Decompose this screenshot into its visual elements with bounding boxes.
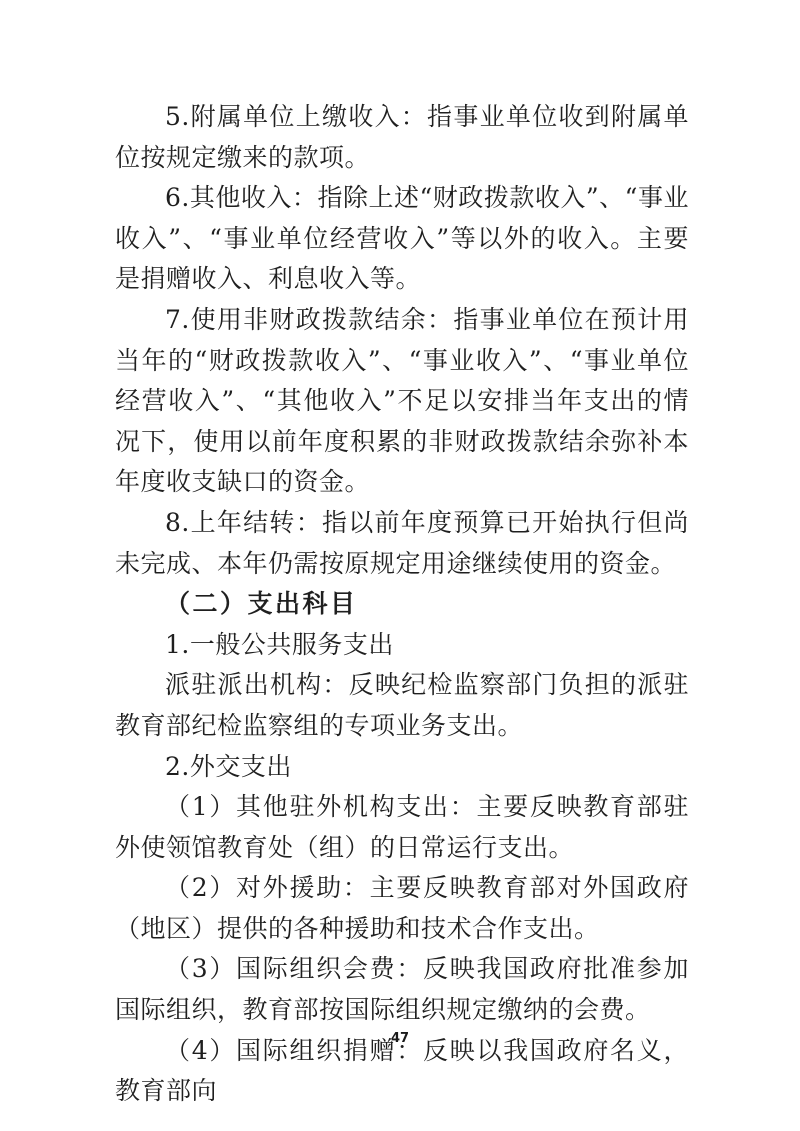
para-affiliated-unit-income: 5.附属单位上缴收入：指事业单位收到附属单位按规定缴来的款项。 — [115, 97, 689, 178]
para-dispatched-agencies: 派驻派出机构：反映纪检监察部门负担的派驻教育部纪检监察组的专项业务支出。 — [115, 665, 689, 746]
para-intl-org-fees: （3）国际组织会费：反映我国政府批准参加国际组织，教育部按国际组织规定缴纳的会费… — [115, 949, 689, 1030]
para-overseas-offices: （1）其他驻外机构支出：主要反映教育部驻外使领馆教育处（组）的日常运行支出。 — [115, 787, 689, 868]
document-body: 5.附属单位上缴收入：指事业单位收到附属单位按规定缴来的款项。 6.其他收入：指… — [115, 97, 689, 1112]
para-non-fiscal-carryover: 7.使用非财政拨款结余：指事业单位在预计用当年的“财政拨款收入”、“事业收入”、… — [115, 300, 689, 503]
document-page: 5.附属单位上缴收入：指事业单位收到附属单位按规定缴来的款项。 6.其他收入：指… — [0, 0, 800, 1131]
para-foreign-aid: （2）对外援助：主要反映教育部对外国政府（地区）提供的各种援助和技术合作支出。 — [115, 868, 689, 949]
para-other-income: 6.其他收入：指除上述“财政拨款收入”、“事业收入”、“事业单位经营收入”等以外… — [115, 178, 689, 300]
para-prior-year-carryforward: 8.上年结转：指以前年度预算已开始执行但尚未完成、本年仍需按原规定用途继续使用的… — [115, 503, 689, 584]
heading-expenditure-items: （二）支出科目 — [115, 584, 689, 625]
para-diplomacy-expenditure: 2.外交支出 — [115, 747, 689, 788]
para-general-public-services: 1.一般公共服务支出 — [115, 625, 689, 666]
page-number: 47 — [0, 1031, 800, 1046]
